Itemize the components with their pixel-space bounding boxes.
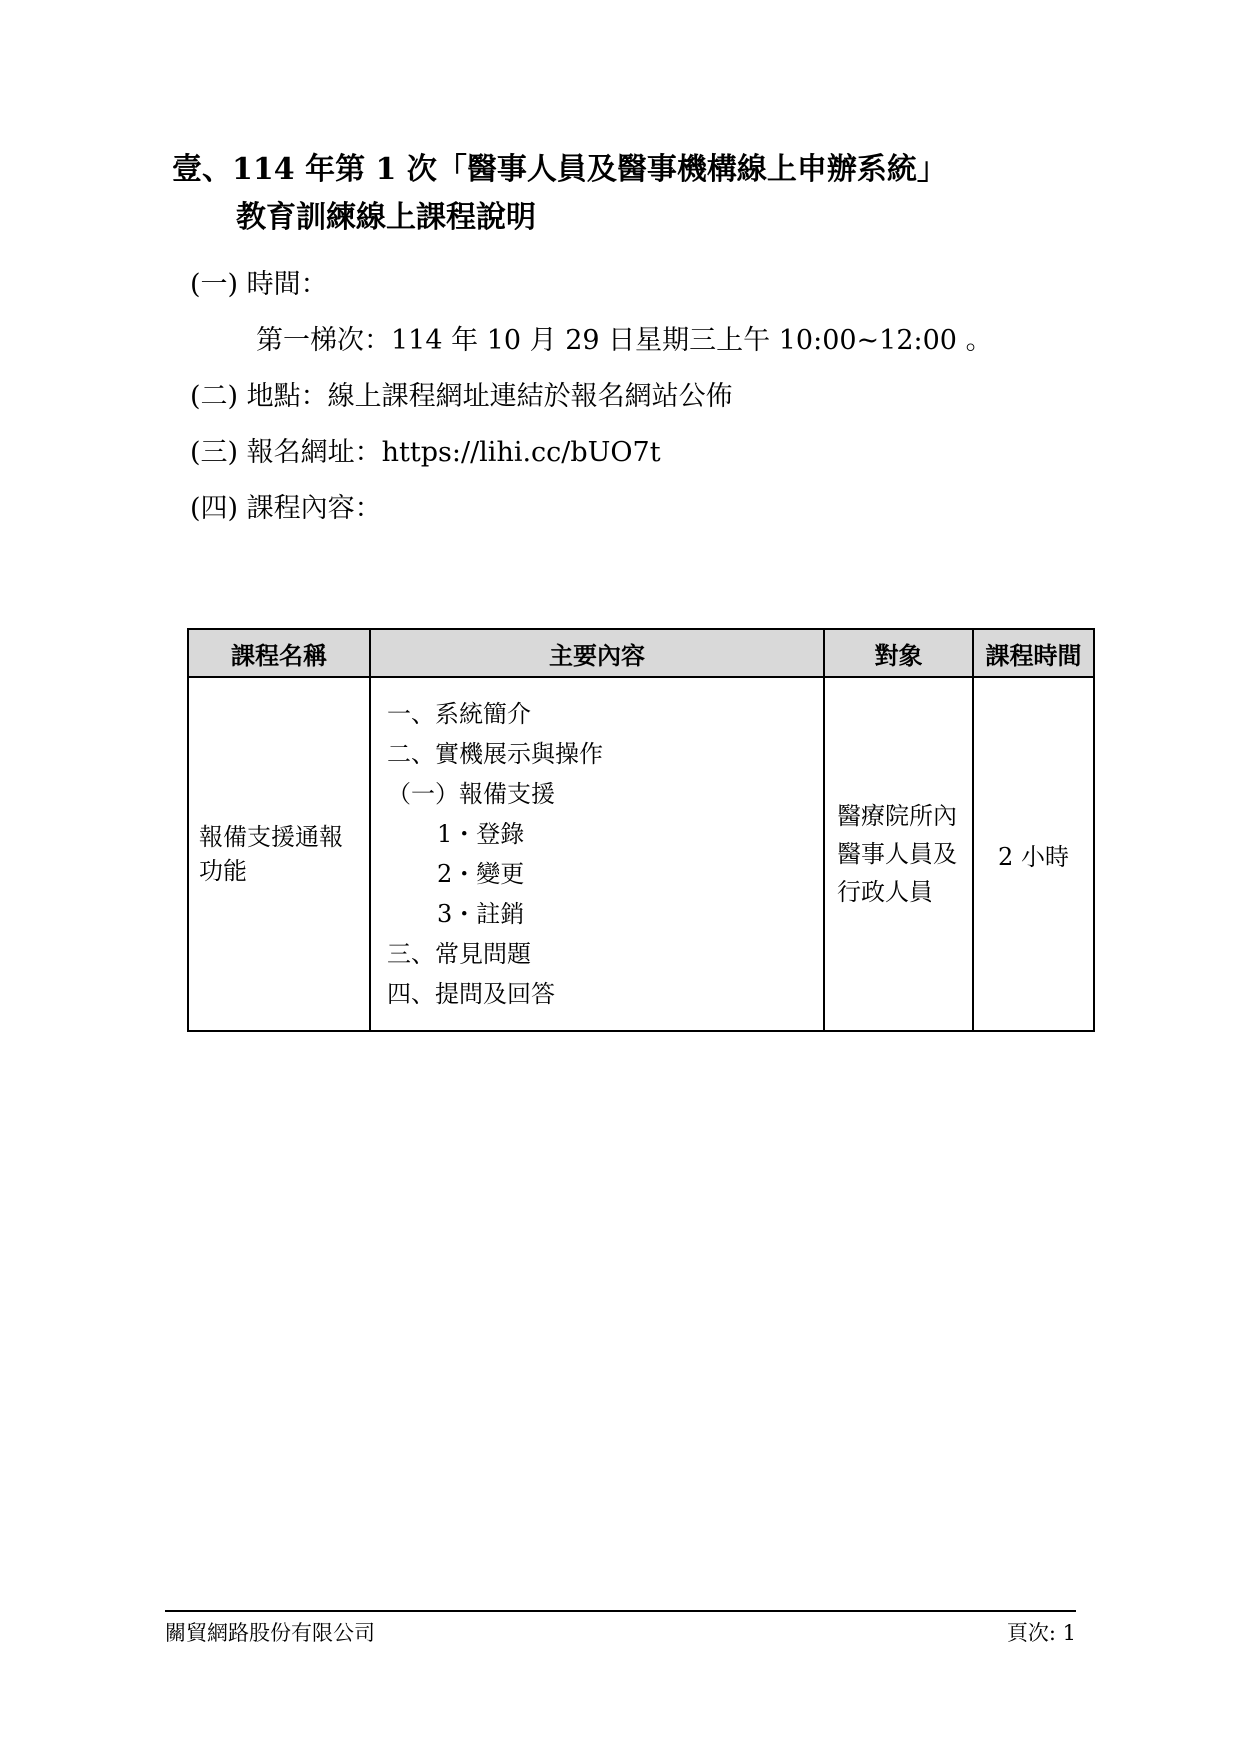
cell-audience: 醫療院所內醫事人員及行政人員 (824, 677, 973, 1031)
title-line-1: 壹、114 年第 1 次「醫事人員及醫事機構線上申辦系統」 (172, 146, 947, 194)
content-line: 3・註銷 (371, 894, 823, 934)
content-line: （一）報備支援 (371, 774, 823, 814)
title-line-2: 教育訓練線上課程說明 (236, 194, 947, 242)
cell-duration: 2 小時 (973, 677, 1094, 1031)
course-table-header-row: 課程名稱 主要內容 對象 課程時間 (188, 629, 1094, 677)
cell-course-name: 報備支援通報功能 (188, 677, 370, 1031)
content-line: 2・變更 (371, 854, 823, 894)
content-line: 1・登錄 (371, 814, 823, 854)
header-main-content: 主要內容 (370, 629, 824, 677)
footer-page-number: 頁次: 1 (1007, 1617, 1076, 1647)
page-footer: 關貿網路股份有限公司 頁次: 1 (165, 1610, 1076, 1647)
header-audience: 對象 (824, 629, 973, 677)
item-registration-url: (三) 報名網址：https://lihi.cc/bUO7t (190, 436, 993, 470)
course-table: 課程名稱 主要內容 對象 課程時間 報備支援通報功能 一、系統簡介 二、實機展示… (187, 628, 1095, 1032)
item-location: (二) 地點：線上課程網址連結於報名網站公佈 (190, 380, 993, 414)
document-page: 壹、114 年第 1 次「醫事人員及醫事機構線上申辦系統」 教育訓練線上課程說明… (0, 0, 1241, 1754)
course-table-row: 報備支援通報功能 一、系統簡介 二、實機展示與操作 （一）報備支援 1・登錄 2… (188, 677, 1094, 1031)
cell-main-content: 一、系統簡介 二、實機展示與操作 （一）報備支援 1・登錄 2・變更 3・註銷 … (370, 677, 824, 1031)
content-line: 三、常見問題 (371, 934, 823, 974)
content-line: 二、實機展示與操作 (371, 734, 823, 774)
item-time: (一) 時間： (190, 268, 993, 302)
content-line: 一、系統簡介 (371, 694, 823, 734)
content-line: 四、提問及回答 (371, 974, 823, 1014)
numbered-item-list: (一) 時間： 第一梯次：114 年 10 月 29 日星期三上午 10:00~… (190, 268, 993, 548)
footer-company-name: 關貿網路股份有限公司 (165, 1617, 375, 1647)
item-course-content: (四) 課程內容： (190, 492, 993, 526)
header-duration: 課程時間 (973, 629, 1094, 677)
item-time-session-detail: 第一梯次：114 年 10 月 29 日星期三上午 10:00~12:00 。 (256, 324, 993, 358)
header-course-name: 課程名稱 (188, 629, 370, 677)
document-title: 壹、114 年第 1 次「醫事人員及醫事機構線上申辦系統」 教育訓練線上課程說明 (172, 146, 947, 242)
